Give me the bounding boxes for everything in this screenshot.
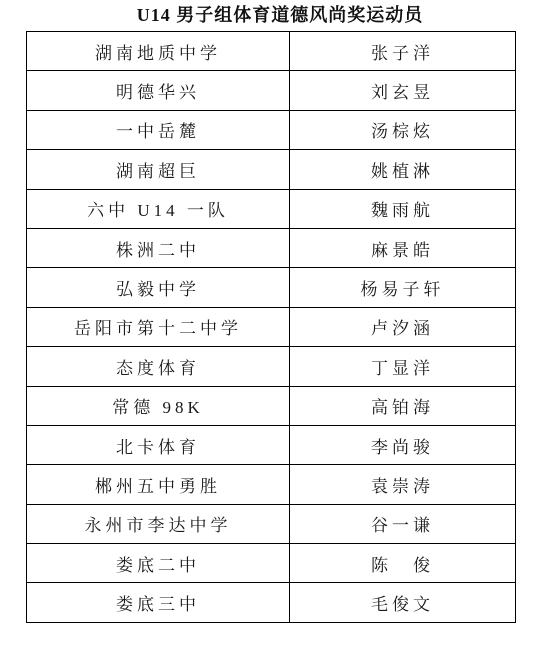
table-row: 六中 U14 一队 魏雨航 [27, 189, 516, 228]
table-row: 弘毅中学 杨易子轩 [27, 268, 516, 307]
athlete-cell: 刘玄昱 [290, 71, 516, 110]
team-cell: 六中 U14 一队 [27, 189, 290, 228]
athlete-cell: 丁显洋 [290, 347, 516, 386]
award-table-body: 湖南地质中学 张子洋 明德华兴 刘玄昱 一中岳麓 汤棕炫 湖南超巨 姚植淋 六中… [27, 32, 516, 623]
table-row: 态度体育 丁显洋 [27, 347, 516, 386]
table-row: 岳阳市第十二中学 卢汐涵 [27, 307, 516, 346]
athlete-cell: 魏雨航 [290, 189, 516, 228]
team-cell: 永州市李达中学 [27, 504, 290, 543]
document-title: U14 男子组体育道德风尚奖运动员 [0, 2, 560, 29]
team-cell: 岳阳市第十二中学 [27, 307, 290, 346]
team-cell: 湖南地质中学 [27, 32, 290, 71]
table-row: 娄底二中 陈 俊 [27, 544, 516, 583]
table-row: 明德华兴 刘玄昱 [27, 71, 516, 110]
table-row: 永州市李达中学 谷一谦 [27, 504, 516, 543]
athlete-cell: 袁崇涛 [290, 465, 516, 504]
athlete-cell: 杨易子轩 [290, 268, 516, 307]
table-row: 一中岳麓 汤棕炫 [27, 110, 516, 149]
table-row: 郴州五中勇胜 袁崇涛 [27, 465, 516, 504]
athlete-cell: 毛俊文 [290, 583, 516, 623]
team-cell: 娄底二中 [27, 544, 290, 583]
table-row: 北卡体育 李尚骏 [27, 425, 516, 464]
athlete-cell: 陈 俊 [290, 544, 516, 583]
team-cell: 娄底三中 [27, 583, 290, 623]
team-cell: 郴州五中勇胜 [27, 465, 290, 504]
athlete-cell: 汤棕炫 [290, 110, 516, 149]
athlete-cell: 高铂海 [290, 386, 516, 425]
team-cell: 株洲二中 [27, 228, 290, 267]
team-cell: 一中岳麓 [27, 110, 290, 149]
athlete-cell: 麻景皓 [290, 228, 516, 267]
athlete-cell: 姚植淋 [290, 150, 516, 189]
team-cell: 态度体育 [27, 347, 290, 386]
table-row: 株洲二中 麻景皓 [27, 228, 516, 267]
team-cell: 常德 98K [27, 386, 290, 425]
athlete-cell: 谷一谦 [290, 504, 516, 543]
table-row: 湖南超巨 姚植淋 [27, 150, 516, 189]
table-row: 娄底三中 毛俊文 [27, 583, 516, 623]
table-row: 常德 98K 高铂海 [27, 386, 516, 425]
team-cell: 北卡体育 [27, 425, 290, 464]
athlete-cell: 张子洋 [290, 32, 516, 71]
table-row: 湖南地质中学 张子洋 [27, 32, 516, 71]
document-page: U14 男子组体育道德风尚奖运动员 湖南地质中学 张子洋 明德华兴 刘玄昱 一中… [0, 0, 560, 645]
athlete-cell: 卢汐涵 [290, 307, 516, 346]
athlete-cell: 李尚骏 [290, 425, 516, 464]
team-cell: 湖南超巨 [27, 150, 290, 189]
award-table: 湖南地质中学 张子洋 明德华兴 刘玄昱 一中岳麓 汤棕炫 湖南超巨 姚植淋 六中… [26, 31, 516, 623]
team-cell: 弘毅中学 [27, 268, 290, 307]
team-cell: 明德华兴 [27, 71, 290, 110]
